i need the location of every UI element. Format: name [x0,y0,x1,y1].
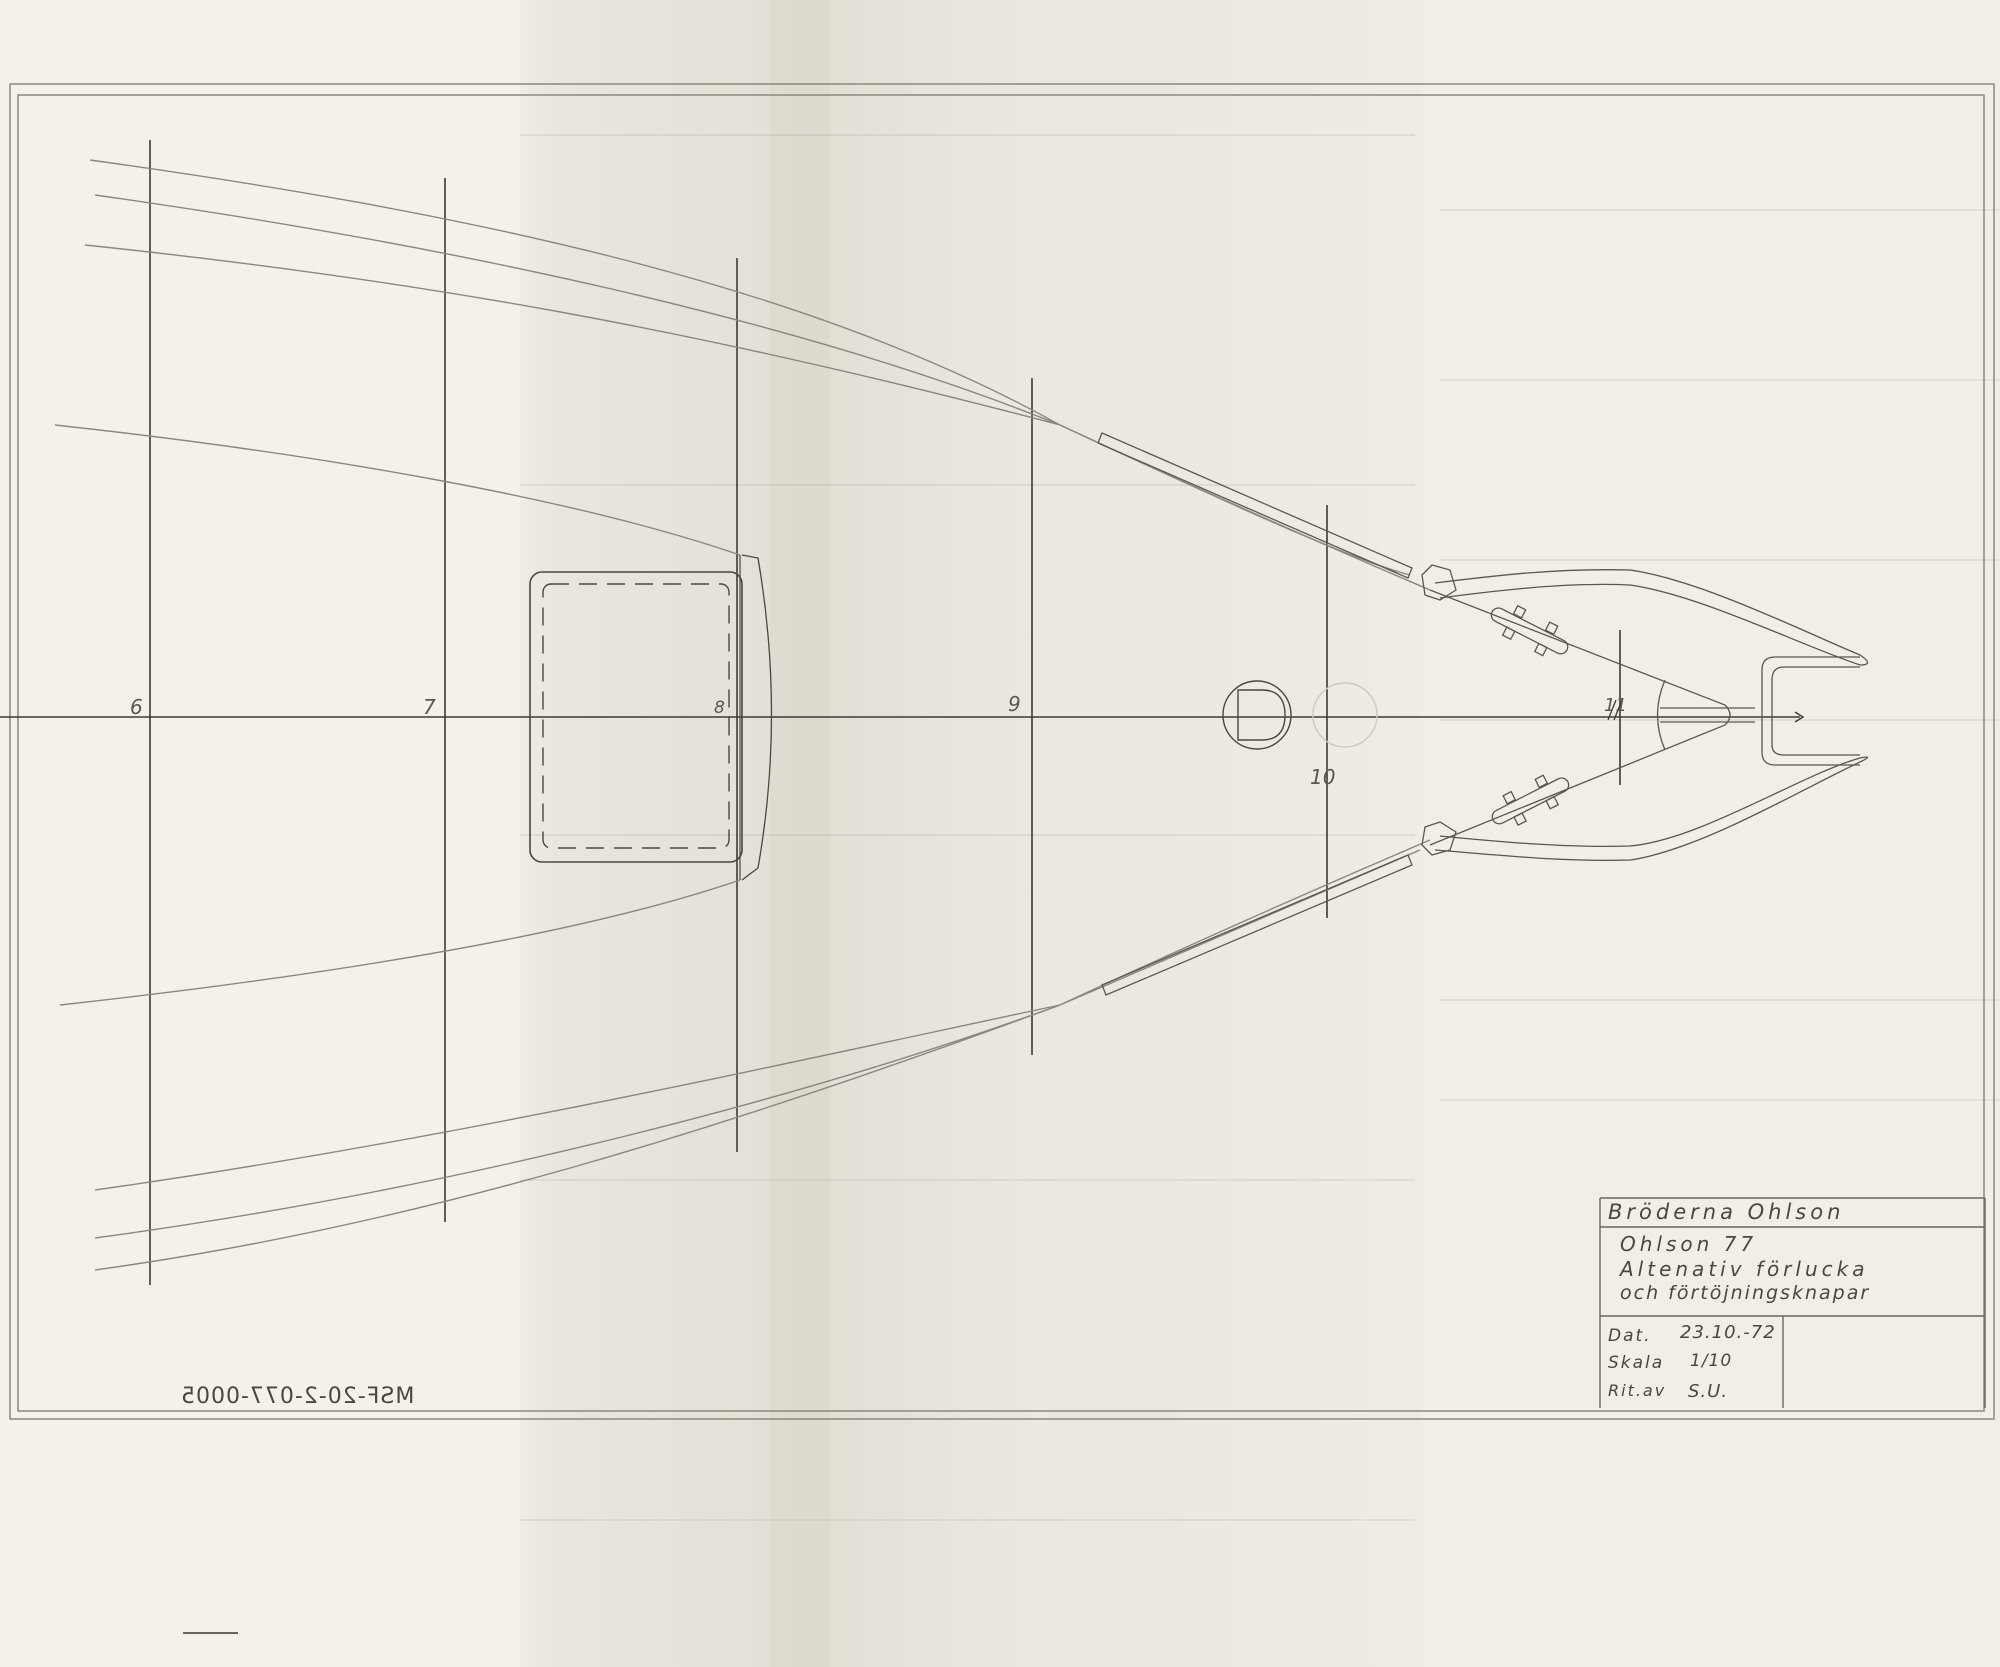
date-value: 23.10.-72 [1680,1322,1776,1343]
pencil-mark [183,1632,238,1634]
model-name: Ohlson 77 [1620,1232,1757,1256]
title-block-frame [0,0,2000,1667]
drawn-by-value: S.U. [1688,1381,1728,1402]
drawing-sheet: 6 7 8 9 10 11 Bröderna Ohlson Ohlson 77 … [0,0,2000,1667]
drawn-by-label: Rit.av [1608,1381,1666,1400]
archive-id: MSF-20-2-077-0005 [180,1384,414,1409]
date-label: Dat. [1608,1326,1652,1346]
scale-value: 1/10 [1690,1351,1732,1371]
description-line-2: och förtöjningsknapar [1620,1282,1870,1304]
description-line-1: Altenativ förlucka [1620,1257,1868,1281]
scale-label: Skala [1608,1353,1664,1373]
company-name: Bröderna Ohlson [1608,1200,1844,1224]
